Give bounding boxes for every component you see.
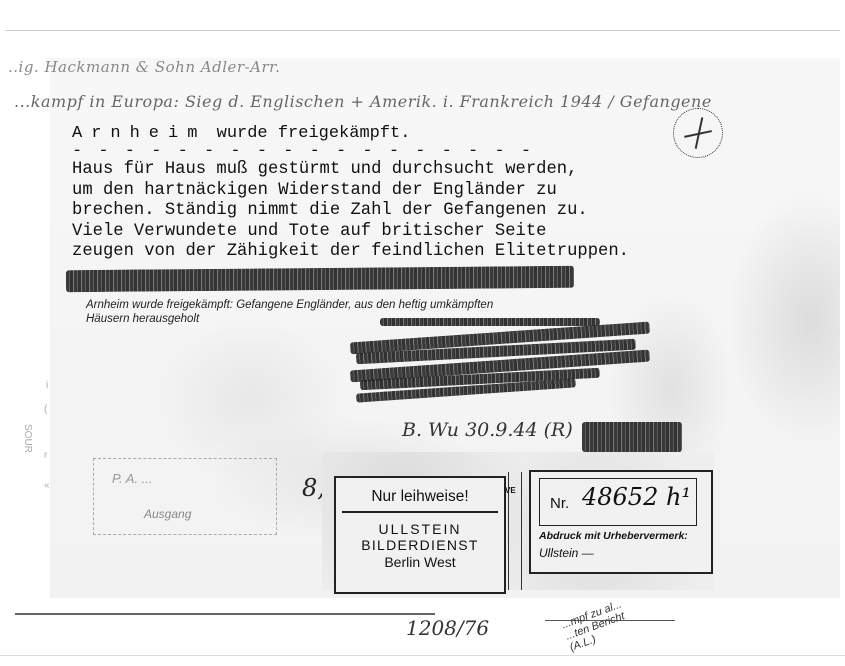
loan-notice: Nur leihweise! bbox=[342, 488, 498, 513]
redaction-scribble bbox=[66, 266, 574, 292]
agency-name-2: BILDERDIENST bbox=[336, 537, 504, 553]
body-line: Haus für Haus muß gestürmt und durchsuch… bbox=[72, 160, 629, 181]
credit-stamp: Nr. 48652 h¹ Abdruck mit Urhebervermerk:… bbox=[529, 470, 713, 574]
archive-number: 1208/76 bbox=[406, 616, 489, 640]
top-edge-rule bbox=[5, 30, 840, 31]
faint-stamp-line-1: P. A. ... bbox=[112, 471, 152, 486]
body-line: um den hartnäckigen Widerstand der Englä… bbox=[72, 181, 629, 202]
headline-place: Arnheim bbox=[72, 124, 206, 143]
agency-stamp: Nur leihweise! ULLSTEIN BILDERDIENST Ber… bbox=[334, 476, 506, 594]
body-line: Viele Verwundete und Tote auf britischer… bbox=[72, 222, 629, 243]
side-label: VE bbox=[505, 486, 516, 495]
faint-archive-stamp: P. A. ... Ausgang bbox=[93, 458, 277, 535]
stamp-divider: VE bbox=[508, 472, 522, 590]
rotated-text-fragment: ...mpf zu al... ...ten Bericht (A.L.) bbox=[560, 598, 631, 653]
number-value: 48652 h¹ bbox=[582, 483, 691, 511]
bottom-edge bbox=[0, 655, 845, 656]
agency-name-1: ULLSTEIN bbox=[336, 521, 504, 537]
ullstein-stamp: Nur leihweise! ULLSTEIN BILDERDIENST Ber… bbox=[322, 452, 714, 590]
credit-value: Ullstein — bbox=[539, 546, 594, 560]
faint-side-marks: i ( SOUR r « bbox=[20, 380, 70, 530]
agency-city: Berlin West bbox=[336, 554, 504, 570]
headline-underline: - - - - - - - - - - - - - - - - - - bbox=[72, 142, 534, 161]
caption-line-1: Arnheim wurde freigekämpft: Gefangene En… bbox=[86, 298, 493, 312]
headline-rest: wurde freigekämpft. bbox=[217, 124, 411, 143]
handwritten-reference: B. Wu 30.9.44 (R) bbox=[402, 419, 573, 441]
handwritten-note-1: ..ig. Hackmann & Sohn Adler-Arr. bbox=[8, 58, 280, 76]
number-box: Nr. 48652 h¹ bbox=[539, 478, 697, 526]
circle-cross-stamp-icon bbox=[673, 108, 723, 158]
body-line: brechen. Ständig nimmt die Zahl der Gefa… bbox=[72, 201, 629, 222]
bottom-rule bbox=[15, 613, 435, 615]
body-line: zeugen von der Zähigkeit der feindlichen… bbox=[72, 242, 629, 263]
credit-label: Abdruck mit Urhebervermerk: bbox=[539, 530, 688, 542]
typed-headline: Arnheim wurde freigekämpft. bbox=[72, 124, 410, 143]
number-label: Nr. bbox=[550, 495, 569, 512]
redaction-scribble bbox=[380, 318, 600, 326]
faint-stamp-line-2: Ausgang bbox=[144, 507, 191, 521]
redaction-scribble bbox=[582, 422, 682, 452]
typed-body: Haus für Haus muß gestürmt und durchsuch… bbox=[72, 160, 629, 263]
handwritten-note-2: ...kampf in Europa: Sieg d. Englischen +… bbox=[14, 92, 712, 111]
